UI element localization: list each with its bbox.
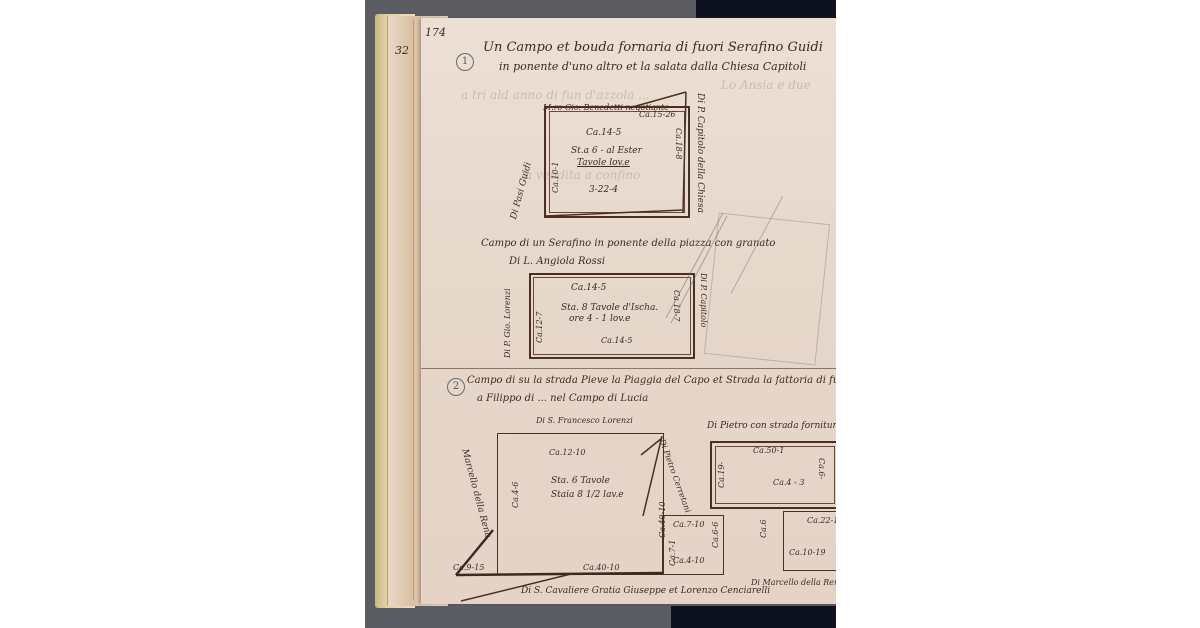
- backdrop-dark-bottom: [671, 606, 836, 628]
- survey-lines-overlay: [421, 18, 836, 604]
- folio-number-left: 32: [395, 44, 409, 57]
- manuscript-page: 32 174 a tri ald anno di fun d'azzola ..…: [421, 18, 836, 604]
- backdrop-dark-top: [696, 0, 836, 18]
- manuscript-photo: 32 174 a tri ald anno di fun d'azzola ..…: [365, 0, 836, 628]
